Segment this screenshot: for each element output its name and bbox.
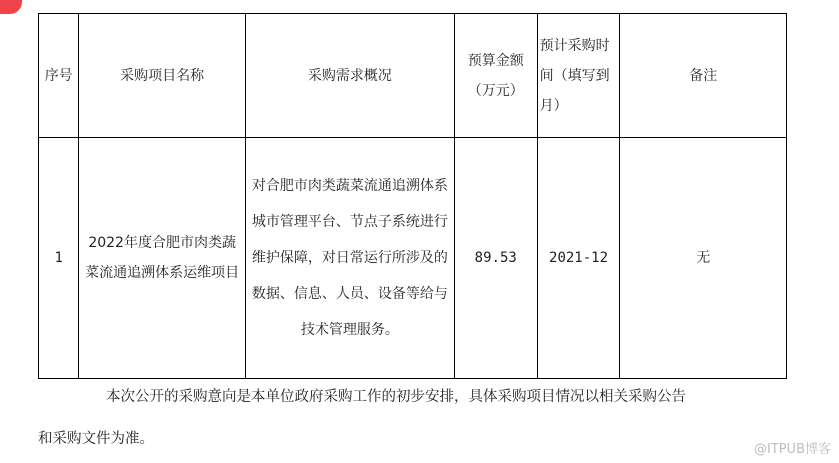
header-desc: 采购需求概况 <box>245 14 454 138</box>
header-time: 预计采购时间（填写到月） <box>537 14 620 138</box>
header-budget: 预算金额（万元） <box>454 14 537 138</box>
table-header-row: 序号 采购项目名称 采购需求概况 预算金额（万元） 预计采购时间（填写到月） 备… <box>39 14 787 138</box>
table-row: 1 2022年度合肥市肉类蔬菜流通追溯体系运维项目 对合肥市肉类蔬菜流通追溯体系… <box>39 138 787 379</box>
cell-budget: 89.53 <box>454 138 537 379</box>
procurement-table: 序号 采购项目名称 采购需求概况 预算金额（万元） 预计采购时间（填写到月） 备… <box>38 13 787 379</box>
cell-no: 1 <box>39 138 79 379</box>
footer-paragraph-continued: 和采购文件为准。 <box>38 428 798 450</box>
header-note: 备注 <box>620 14 787 138</box>
cell-desc: 对合肥市肉类蔬菜流通追溯体系城市管理平台、节点子系统进行维护保障，对日常运行所涉… <box>245 138 454 379</box>
red-corner-badge <box>0 0 22 14</box>
watermark: @ITPUB博客 <box>754 438 831 457</box>
cell-name: 2022年度合肥市肉类蔬菜流通追溯体系运维项目 <box>79 138 246 379</box>
footer-paragraph: 本次公开的采购意向是本单位政府采购工作的初步安排，具体采购项目情况以相关采购公告 <box>38 386 798 408</box>
header-name: 采购项目名称 <box>79 14 246 138</box>
header-no: 序号 <box>39 14 79 138</box>
cell-time: 2021-12 <box>537 138 620 379</box>
cell-note: 无 <box>620 138 787 379</box>
